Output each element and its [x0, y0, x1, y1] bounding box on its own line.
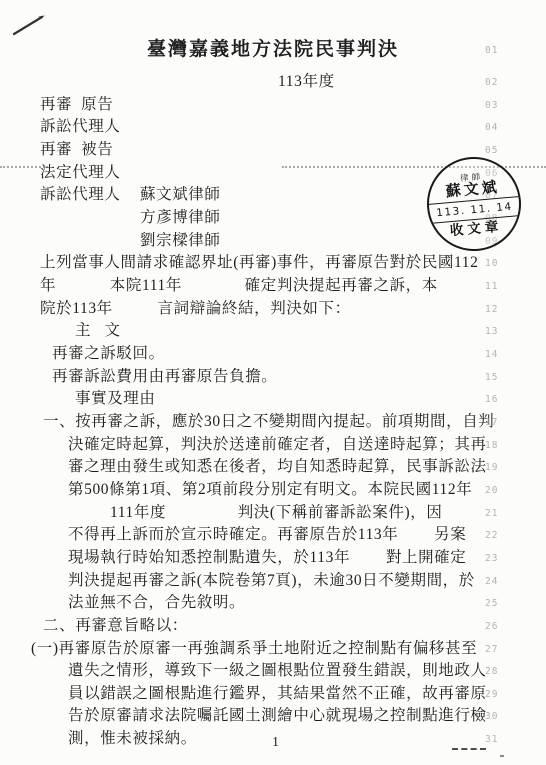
- line-number: 24: [485, 576, 498, 587]
- line-number: 02: [485, 77, 498, 88]
- doc-line-15: 再審訴訟費用由再審原告負擔。: [52, 367, 277, 387]
- doc-line-11: 年 本院111年 確定判決提起再審之訴，本: [40, 276, 438, 296]
- doc-line-22: 不得再上訴而於宣示時確定。再審原告於113年 另案: [68, 525, 466, 545]
- doc-line-24: 判決提起再審之訴(本院卷第7頁)，未逾30日不變期間，於: [68, 571, 475, 591]
- doc-line-04: 訴訟代理人: [40, 117, 121, 137]
- line-number: 03: [485, 100, 498, 111]
- line-number: 15: [485, 372, 498, 383]
- line-number: 21: [485, 508, 498, 519]
- doc-line-23: 現場執行時始知悉控制點遺失，於113年 對上開確定: [68, 548, 466, 568]
- doc-line-05: 再審 被告: [40, 140, 113, 160]
- line-number: 31: [485, 734, 498, 745]
- party-value: 方彥博律師: [140, 208, 221, 228]
- doc-line-14: 再審之訴駁回。: [52, 344, 165, 364]
- lawyer-receipt-stamp: 律師 蘇文斌 113. 11. 14 收文章: [423, 153, 525, 255]
- line-number: 23: [485, 553, 498, 564]
- pen-stroke-mark: [8, 8, 52, 42]
- line-number: 17: [485, 417, 498, 428]
- line-number: 10: [485, 258, 498, 269]
- line-number: 01: [485, 45, 498, 56]
- doc-line-07: 訴訟代理人蘇文斌律師: [40, 185, 121, 205]
- doc-line-06: 法定代理人: [40, 163, 121, 183]
- stamp-date: 113. 11. 14: [429, 196, 520, 224]
- stamp-caption: 收文章: [449, 219, 503, 240]
- line-number: 30: [485, 711, 498, 722]
- line-number: 25: [485, 598, 498, 609]
- doc-line-10: 上列當事人間請求確認界址(再審)事件，再審原告對於民國112: [40, 253, 479, 273]
- line-number: 27: [485, 644, 498, 655]
- doc-line-17: 一、按再審之訴，應於30日之不變期間內提起。前項期間，自判: [43, 412, 494, 432]
- doc-line-20: 第500條第1項、第2項前段分別定有明文。本院民國112年: [68, 480, 472, 500]
- party-label: 再審 原告: [40, 96, 113, 113]
- page-number: 1: [272, 735, 279, 751]
- doc-line-12: 院於113年 言詞辯論終結，判決如下：: [40, 299, 351, 319]
- doc-line-13: 主 文: [75, 321, 121, 341]
- doc-line-26: 二、再審意旨略以：: [43, 616, 188, 636]
- doc-line-01: 臺灣嘉義地方法院民事判決: [0, 40, 546, 60]
- court-judgment-page: 臺灣嘉義地方法院民事判決113年度再審 原告訴訟代理人再審 被告法定代理人訴訟代…: [0, 0, 546, 765]
- party-value: 劉宗樑律師: [140, 231, 221, 251]
- doc-line-25: 法並無不合，合先敘明。: [68, 593, 245, 613]
- line-number: 05: [485, 145, 498, 156]
- doc-line-28: 遺失之情形，導致下一級之圖根點位置發生錯誤，則地政人: [68, 661, 487, 681]
- bottom-dot-mark: [500, 755, 504, 757]
- line-number: 11: [485, 281, 498, 292]
- party-label: 訴訟代理人: [40, 186, 121, 203]
- line-number: 26: [485, 621, 498, 632]
- doc-line-18: 決確定時起算，判決於送達前確定者，自送達時起算；其再: [68, 435, 487, 455]
- party-label: 訴訟代理人: [40, 118, 121, 135]
- line-number: 14: [485, 349, 498, 360]
- doc-line-03: 再審 原告: [40, 95, 113, 115]
- doc-line-02: 113年度: [278, 72, 335, 92]
- line-number: 28: [485, 666, 498, 677]
- line-number: 29: [485, 689, 498, 700]
- line-number: 16: [485, 394, 498, 405]
- dotted-rule-right: [282, 166, 546, 168]
- party-label: 再審 被告: [40, 141, 113, 158]
- party-label: 法定代理人: [40, 164, 121, 181]
- line-number: 04: [485, 122, 498, 133]
- doc-line-29: 員以錯誤之圖根點進行鑑界，其結果當然不正確，故再審原: [68, 684, 487, 704]
- doc-line-27: (一)再審原告於原審一再強調系爭土地附近之控制點有偏移甚至: [31, 639, 477, 659]
- line-number: 20: [485, 485, 498, 496]
- doc-line-31: 測，惟未被採納。: [68, 729, 197, 749]
- line-number: 18: [485, 440, 498, 451]
- line-number: 22: [485, 530, 498, 541]
- doc-line-16: 事實及理由: [75, 389, 156, 409]
- party-value: 蘇文斌律師: [140, 185, 221, 205]
- bottom-dash-mark: [452, 748, 486, 750]
- doc-line-30: 告於原審請求法院囑託國土測繪中心就現場之控制點進行檢: [68, 706, 487, 726]
- line-number: 13: [485, 326, 498, 337]
- doc-line-19: 審之理由發生或知悉在後者，均自知悉時起算，民事訴訟法: [68, 457, 487, 477]
- line-number: 12: [485, 304, 498, 315]
- line-number: 19: [485, 462, 498, 473]
- doc-line-21: 111年度 判決(下稱前審訴訟案件)，因: [110, 503, 442, 523]
